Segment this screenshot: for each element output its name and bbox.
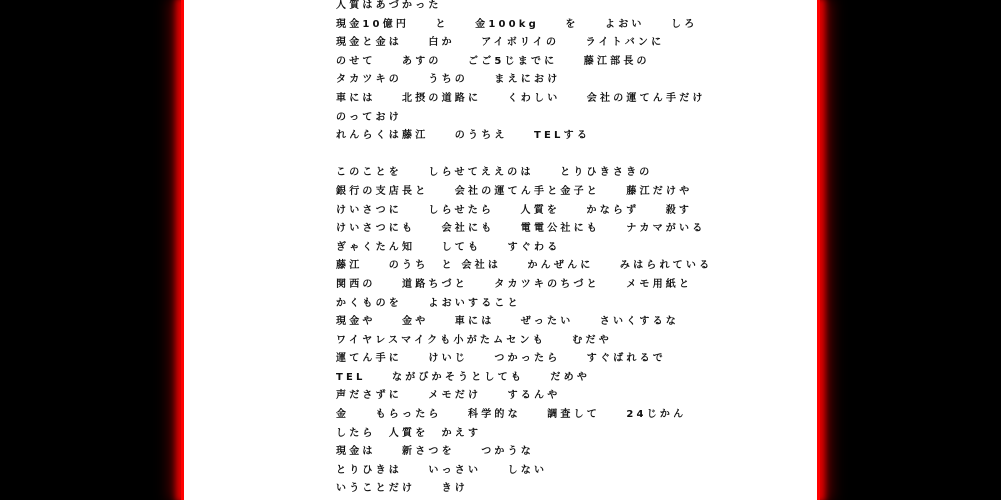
letter-text: 人質はあづかった 現金10億円 と 金100kg を よおい しろ 現金と金は … — [336, 0, 806, 499]
stanza-divider — [336, 146, 806, 165]
letter-line: けいさつに しらせたら 人質を かならず 殺す — [336, 202, 806, 221]
letter-line: のっておけ — [336, 109, 806, 128]
letter-line: 銀行の支店長と 会社の運てん手と金子と 藤江だけや — [336, 183, 806, 202]
letter-line: したら 人質を かえす — [336, 425, 806, 444]
letter-line: かくものを よおいすること — [336, 295, 806, 314]
letter-line: 金 もらったら 科学的な 調査して 24じかん — [336, 406, 806, 425]
letter-line: 現金と金は 白か アイボリイの ライトバンに — [336, 34, 806, 53]
letter-line: ぎゃくたん知 しても すぐわる — [336, 239, 806, 258]
letter-line: このことを しらせてええのは とりひきさきの — [336, 164, 806, 183]
letter-line: ワイヤレスマイクも小がたムセンも むだや — [336, 332, 806, 351]
letter-panel: 人質はあづかった 現金10億円 と 金100kg を よおい しろ 現金と金は … — [184, 0, 817, 500]
letter-line: 現金や 金や 車には ぜったい さいくするな — [336, 313, 806, 332]
letter-line: 現金は 新さつを つかうな — [336, 443, 806, 462]
letter-line: れんらくは藤江 のうちえ TELする — [336, 127, 806, 146]
letter-line: とりひきは いっさい しない — [336, 462, 806, 481]
letter-line: 藤江 のうち と 会社は かんぜんに みはられている — [336, 257, 806, 276]
letter-line: いうことだけ きけ — [336, 480, 806, 499]
letter-line: 関西の 道路ちづと タカツキのちづと メモ用紙と — [336, 276, 806, 295]
letter-line: 人質はあづかった — [336, 0, 806, 16]
letter-line: 車には 北摂の道路に くわしい 会社の運てん手だけ — [336, 90, 806, 109]
letter-line: 運てん手に けいじ つかったら すぐばれるで — [336, 350, 806, 369]
letter-line: 現金10億円 と 金100kg を よおい しろ — [336, 16, 806, 35]
letter-line: タカツキの うちの まえにおけ — [336, 71, 806, 90]
letter-line: TEL ながびかそうとしても だめや — [336, 369, 806, 388]
letter-line: 声ださずに メモだけ するんや — [336, 387, 806, 406]
letter-line: のせて あすの ごご5じまでに 藤江部長の — [336, 53, 806, 72]
page-background: 人質はあづかった 現金10億円 と 金100kg を よおい しろ 現金と金は … — [0, 0, 1001, 500]
letter-line: けいさつにも 会社にも 電電公社にも ナカマがいる — [336, 220, 806, 239]
